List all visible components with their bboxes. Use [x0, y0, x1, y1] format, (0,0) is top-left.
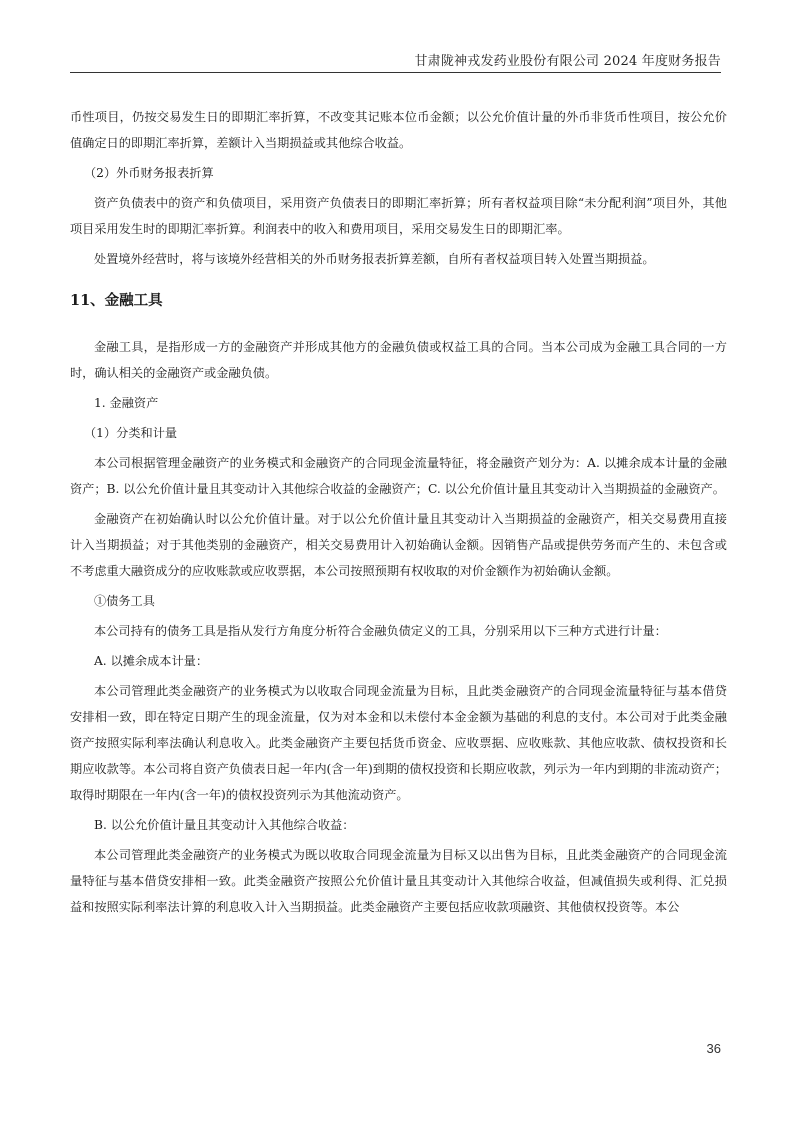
paragraph: 金融资产在初始确认时以公允价值计量。对于以公允价值计量且其变动计入当期损益的金融…	[70, 506, 727, 584]
document-body: 币性项目，仍按交易发生日的即期汇率折算，不改变其记账本位币金额；以公允价值计量的…	[70, 104, 727, 920]
subheading: B. 以公允价值计量且其变动计入其他综合收益：	[70, 812, 727, 838]
paragraph: 资产负债表中的资产和负债项目，采用资产负债表日的即期汇率折算；所有者权益项目除“…	[70, 190, 727, 242]
paragraph: 本公司管理此类金融资产的业务模式为以收取合同现金流量为目标，且此类金融资产的合同…	[70, 678, 727, 808]
paragraph: 处置境外经营时，将与该境外经营相关的外币财务报表折算差额，自所有者权益项目转入处…	[70, 246, 727, 272]
subheading: （1）分类和计量	[70, 420, 727, 446]
paragraph: 币性项目，仍按交易发生日的即期汇率折算，不改变其记账本位币金额；以公允价值计量的…	[70, 104, 727, 156]
subheading: A. 以摊余成本计量：	[70, 648, 727, 674]
page-number: 36	[0, 1041, 721, 1056]
paragraph: 本公司持有的债务工具是指从发行方角度分析符合金融负债定义的工具，分别采用以下三种…	[70, 618, 727, 644]
subheading: 1. 金融资产	[70, 390, 727, 416]
subheading: ①债务工具	[70, 588, 727, 614]
header-divider	[70, 72, 721, 73]
section-title: 11、金融工具	[70, 290, 727, 312]
paragraph: 本公司根据管理金融资产的业务模式和金融资产的合同现金流量特征，将金融资产划分为：…	[70, 450, 727, 502]
paragraph: 金融工具，是指形成一方的金融资产并形成其他方的金融负债或权益工具的合同。当本公司…	[70, 334, 727, 386]
paragraph: 本公司管理此类金融资产的业务模式为既以收取合同现金流量为目标又以出售为目标，且此…	[70, 842, 727, 920]
page-header-title: 甘肃陇神戎发药业股份有限公司 2024 年度财务报告	[0, 50, 721, 69]
subheading: （2）外币财务报表折算	[70, 160, 727, 186]
